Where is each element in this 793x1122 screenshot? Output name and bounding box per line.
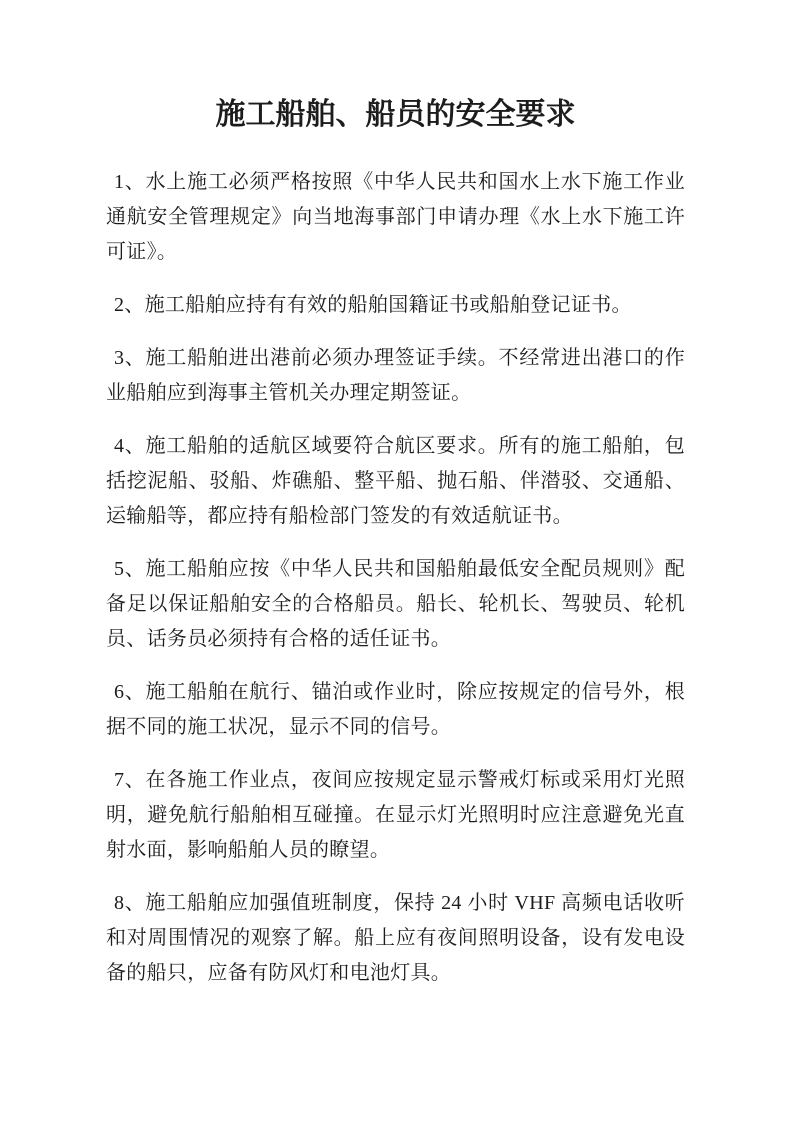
document-paragraph: 3、施工船舶进出港前必须办理签证手续。不经常进出港口的作业船舶应到海事主管机关办…	[106, 341, 685, 411]
document-paragraph: 5、施工船舶应按《中华人民共和国船舶最低安全配员规则》配备足以保证船舶安全的合格…	[106, 552, 685, 657]
document-paragraph: 4、施工船舶的适航区域要符合航区要求。所有的施工船舶，包括挖泥船、驳船、炸礁船、…	[106, 429, 685, 534]
document-paragraph: 1、水上施工必须严格按照《中华人民共和国水上水下施工作业通航安全管理规定》向当地…	[106, 165, 685, 270]
document-paragraph: 8、施工船舶应加强值班制度，保持 24 小时 VHF 高频电话收听和对周围情况的…	[106, 886, 685, 991]
document-body: 1、水上施工必须严格按照《中华人民共和国水上水下施工作业通航安全管理规定》向当地…	[106, 165, 685, 991]
document-title: 施工船舶、船员的安全要求	[106, 97, 685, 133]
document-paragraph: 2、施工船舶应持有有效的船舶国籍证书或船舶登记证书。	[106, 288, 685, 323]
document-page: 施工船舶、船员的安全要求 1、水上施工必须严格按照《中华人民共和国水上水下施工作…	[0, 0, 793, 1122]
document-paragraph: 7、在各施工作业点，夜间应按规定显示警戒灯标或采用灯光照明，避免航行船舶相互碰撞…	[106, 763, 685, 868]
document-paragraph: 6、施工船舶在航行、锚泊或作业时，除应按规定的信号外，根据不同的施工状况，显示不…	[106, 675, 685, 745]
